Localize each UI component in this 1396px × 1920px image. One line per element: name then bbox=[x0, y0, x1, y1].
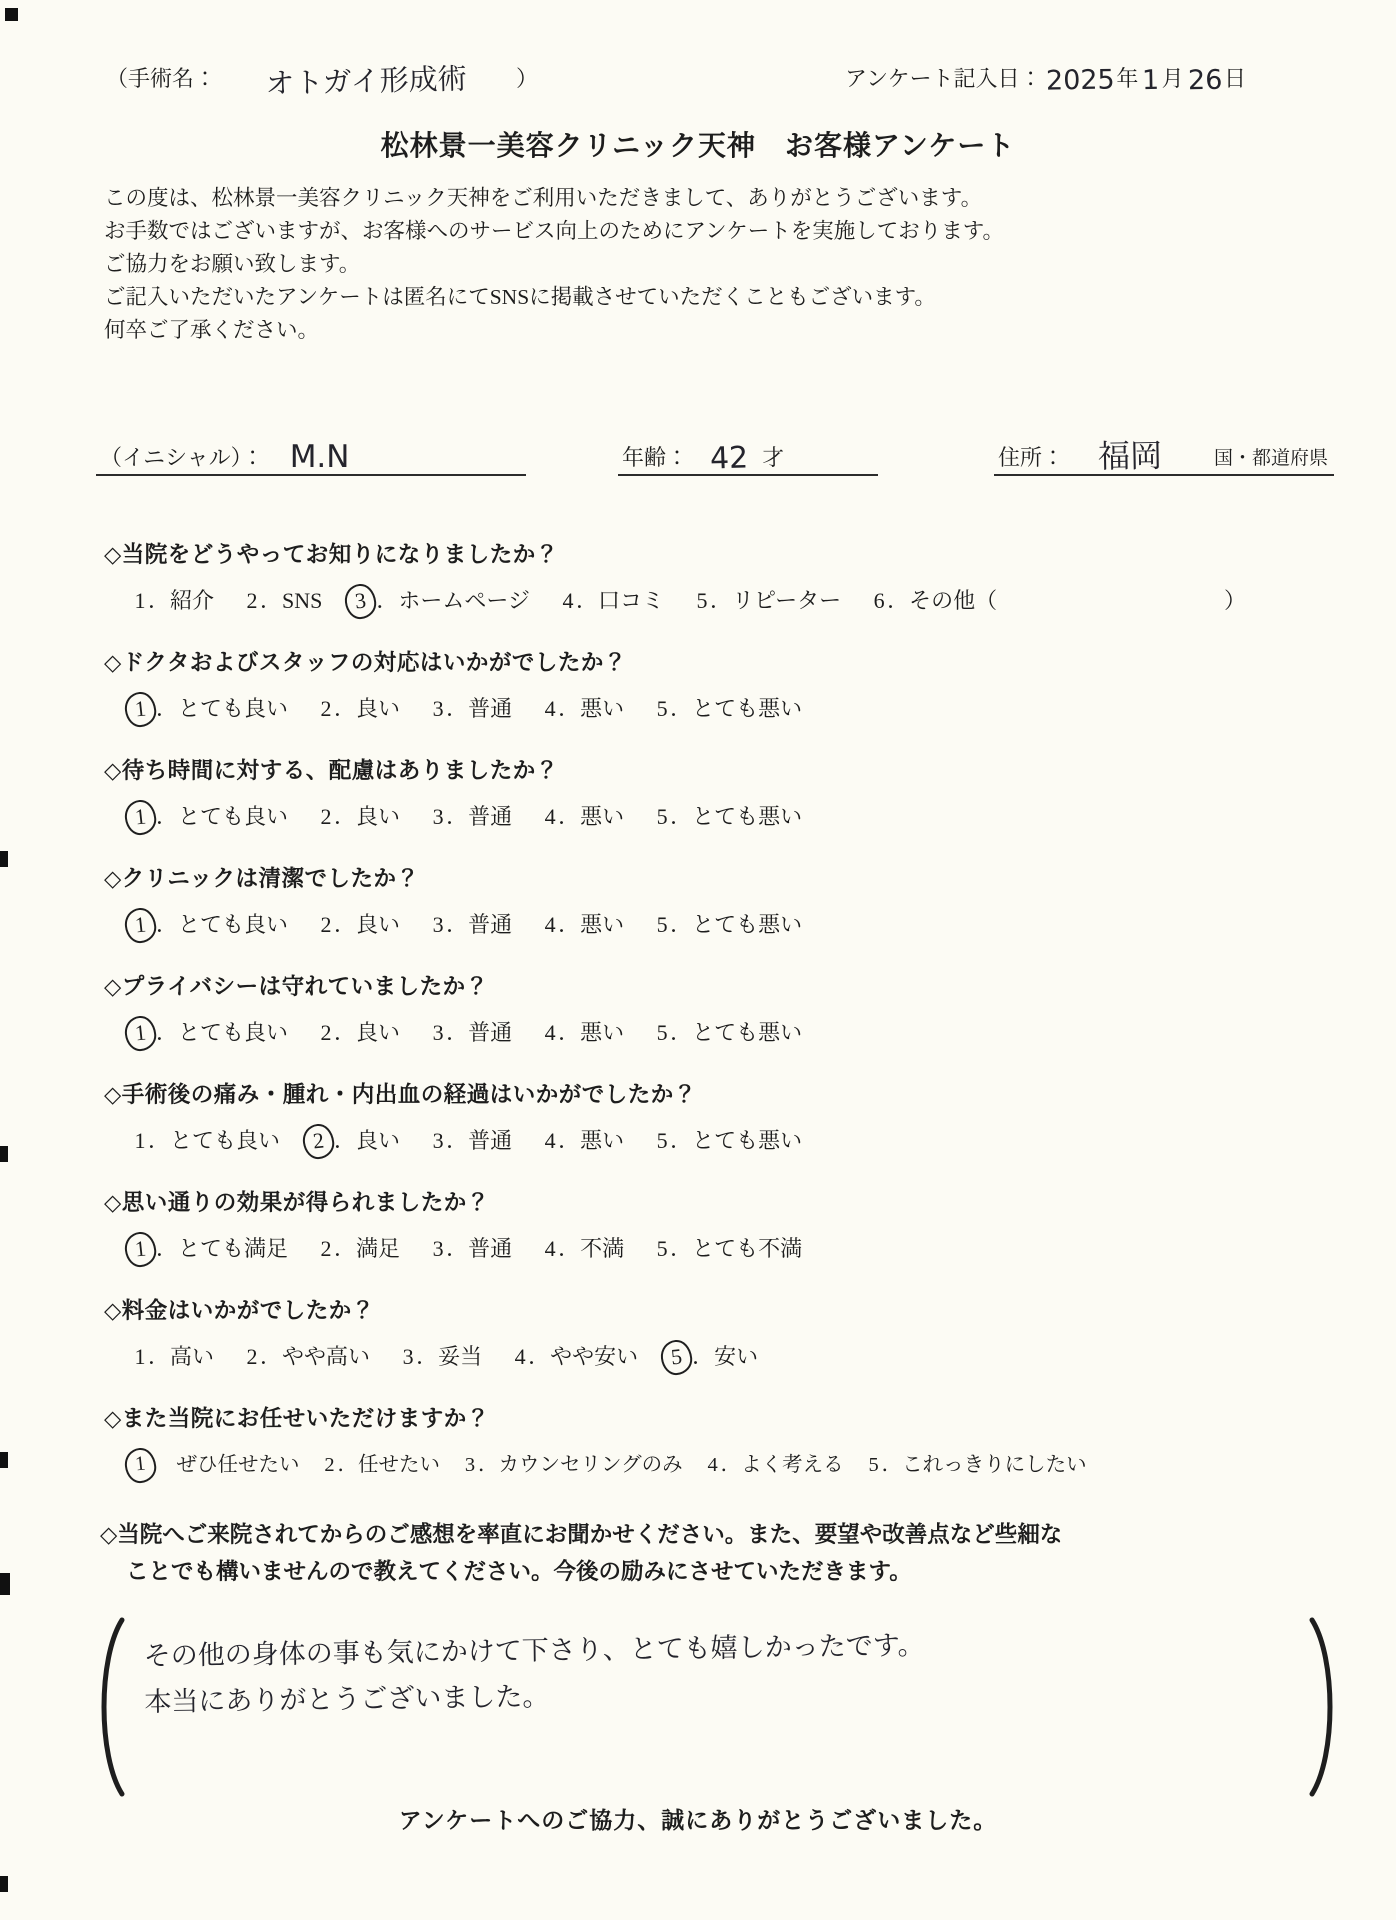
date-month-unit: 月 bbox=[1162, 64, 1184, 94]
option: 3．普通 bbox=[430, 1124, 512, 1158]
option-separator: ． bbox=[528, 1340, 550, 1374]
question-7: ◇思い通りの効果が得られましたか？ 1．とても満足 2．満足 3．普通 4．不満… bbox=[104, 1188, 1396, 1266]
option-label: 普通 bbox=[468, 908, 512, 942]
option-separator: ． bbox=[156, 908, 178, 942]
option: 1．高い bbox=[132, 1340, 214, 1374]
option: 2．やや高い bbox=[244, 1340, 370, 1374]
option: 3．ホームページ bbox=[352, 584, 530, 618]
option-number: 1 bbox=[123, 1014, 157, 1052]
option-label: 口コミ bbox=[598, 584, 664, 618]
intro-line: この度は、松林景一美容クリニック天神をご利用いただきまして、ありがとうございます… bbox=[104, 182, 1336, 215]
option: 1 ぜひ任せたい bbox=[132, 1448, 300, 1482]
option-number: 3 bbox=[430, 1232, 446, 1266]
option: 5．とても悪い bbox=[654, 908, 802, 942]
option-separator: ． bbox=[334, 1016, 356, 1050]
question-8: ◇料金はいかがでしたか？ 1．高い 2．やや高い 3．妥当 4．やや安い 5．安… bbox=[104, 1296, 1396, 1374]
option-separator: ． bbox=[446, 1016, 468, 1050]
option-label: 良い bbox=[356, 908, 400, 942]
option-separator: ． bbox=[670, 1232, 692, 1266]
option-label: 良い bbox=[356, 1016, 400, 1050]
option-number: 3 bbox=[462, 1448, 478, 1482]
option-separator: ． bbox=[334, 800, 356, 834]
questions: ◇当院をどうやってお知りになりましたか？ 1．紹介 2．SNS 3．ホームページ… bbox=[104, 540, 1396, 1482]
option-number: 4 bbox=[542, 692, 558, 726]
date-year-unit: 年 bbox=[1116, 64, 1138, 94]
option-label: 良い bbox=[356, 800, 400, 834]
option-separator: ． bbox=[156, 800, 178, 834]
option-separator: ． bbox=[670, 1124, 692, 1158]
question-4: ◇クリニックは清潔でしたか？ 1．とても良い 2．良い 3．普通 4．悪い 5．… bbox=[104, 864, 1396, 942]
option-label: その他（ bbox=[909, 584, 997, 618]
option-number: 3 bbox=[430, 908, 446, 942]
option-separator: ． bbox=[721, 1448, 742, 1482]
option-label: 普通 bbox=[468, 1124, 512, 1158]
question-options: 1．とても良い 2．良い 3．普通 4．悪い 5．とても悪い bbox=[104, 800, 1396, 834]
option-label: 安い bbox=[714, 1340, 758, 1374]
question-9: ◇また当院にお任せいただけますか？ 1 ぜひ任せたい 2．任せたい 3．カウンセ… bbox=[104, 1404, 1396, 1482]
option-number: 1 bbox=[123, 906, 157, 944]
intro-paragraph: この度は、松林景一美容クリニック天神をご利用いただきまして、ありがとうございます… bbox=[104, 182, 1336, 347]
option-label: 悪い bbox=[580, 1124, 624, 1158]
option-label: とても悪い bbox=[692, 800, 802, 834]
option-label: カウンセリングのみ bbox=[499, 1448, 683, 1482]
scan-artifact bbox=[0, 1573, 10, 1595]
initial-label: （イニシャル）： bbox=[100, 441, 264, 472]
question-title: ◇クリニックは清潔でしたか？ bbox=[104, 864, 1396, 894]
option: 4．口コミ bbox=[560, 584, 664, 618]
option: 4．悪い bbox=[542, 908, 624, 942]
option: 5．とても悪い bbox=[654, 692, 802, 726]
option-tail: ） bbox=[1224, 584, 1246, 618]
question-title: ◇料金はいかがでしたか？ bbox=[104, 1296, 1396, 1326]
question-options: 1．とても満足 2．満足 3．普通 4．不満 5．とても不満 bbox=[104, 1232, 1396, 1266]
option-label: やや高い bbox=[282, 1340, 370, 1374]
option: 2．良い bbox=[310, 1124, 400, 1158]
option: 1．とても良い bbox=[132, 1016, 288, 1050]
initial-field: （イニシャル）： M.N bbox=[96, 439, 526, 476]
date-month-handwritten: 1 bbox=[1142, 66, 1160, 96]
scan-artifact bbox=[0, 1146, 8, 1162]
option-separator: ． bbox=[670, 908, 692, 942]
option-separator: ． bbox=[338, 1448, 359, 1482]
option-number: 1 bbox=[132, 1124, 148, 1158]
option-label: 任せたい bbox=[358, 1448, 440, 1482]
scan-artifact bbox=[5, 8, 18, 21]
option: 5．とても悪い bbox=[654, 1016, 802, 1050]
option-separator: ． bbox=[576, 584, 598, 618]
option-separator: ． bbox=[558, 908, 580, 942]
question-5: ◇プライバシーは守れていましたか？ 1．とても良い 2．良い 3．普通 4．悪い… bbox=[104, 972, 1396, 1050]
date-label: アンケート記入日： bbox=[845, 64, 1042, 94]
option-separator: ． bbox=[670, 800, 692, 834]
address-value-handwritten: 福岡 bbox=[1098, 430, 1163, 477]
option: 4．やや安い bbox=[512, 1340, 638, 1374]
left-parenthesis bbox=[88, 1616, 130, 1798]
option-label: 悪い bbox=[580, 1016, 624, 1050]
option-label: とても良い bbox=[178, 800, 288, 834]
option: 3．普通 bbox=[430, 1232, 512, 1266]
age-unit: 才 bbox=[762, 441, 784, 472]
question-options: 1．とても良い 2．良い 3．普通 4．悪い 5．とても悪い bbox=[104, 1016, 1396, 1050]
option-number: 5 bbox=[654, 1124, 670, 1158]
intro-line: ご協力をお願い致します。 bbox=[104, 248, 1336, 281]
option: 2．任せたい bbox=[322, 1448, 441, 1482]
option-separator: ． bbox=[334, 1124, 356, 1158]
scan-artifact bbox=[0, 1876, 8, 1892]
option: 5．とても悪い bbox=[654, 800, 802, 834]
option-separator: ． bbox=[478, 1448, 499, 1482]
option-separator: ． bbox=[446, 692, 468, 726]
scan-artifact bbox=[0, 851, 8, 867]
option-number: 1 bbox=[123, 1446, 157, 1484]
option-label: 普通 bbox=[468, 1016, 512, 1050]
option: 6．その他（ bbox=[871, 584, 997, 618]
option-label: とても良い bbox=[178, 692, 288, 726]
comment-area: その他の身体の事も気にかけて下さり、とても嬉しかったです。 本当にありがとうござ… bbox=[88, 1616, 1346, 1798]
option: 2．良い bbox=[318, 1016, 400, 1050]
option-number: 3 bbox=[400, 1340, 416, 1374]
option-separator: ． bbox=[156, 1232, 178, 1266]
option-number: 1 bbox=[132, 1340, 148, 1374]
surgery-name-handwritten: オトガイ形成術 bbox=[216, 62, 517, 100]
option-number: 5 bbox=[654, 692, 670, 726]
option: 1．紹介 bbox=[132, 584, 214, 618]
question-options: 1．とても良い 2．良い 3．普通 4．悪い 5．とても悪い bbox=[104, 1124, 1396, 1158]
option-separator: ． bbox=[670, 1016, 692, 1050]
option-separator: ． bbox=[558, 692, 580, 726]
document-title: 松林景一美容クリニック天神 お客様アンケート bbox=[0, 124, 1396, 164]
option: 4．悪い bbox=[542, 800, 624, 834]
option-label: 紹介 bbox=[170, 584, 214, 618]
option: 1．とても良い bbox=[132, 800, 288, 834]
question-2: ◇ドクタおよびスタッフの対応はいかがでしたか？ 1．とても良い 2．良い 3．普… bbox=[104, 648, 1396, 726]
option-label: ぜひ任せたい bbox=[177, 1448, 300, 1482]
option-separator: ． bbox=[148, 1340, 170, 1374]
option-label: 悪い bbox=[580, 692, 624, 726]
option: 3．普通 bbox=[430, 800, 512, 834]
option: 5．リピーター bbox=[694, 584, 841, 618]
option-number: 4 bbox=[560, 584, 576, 618]
question-options: 1．高い 2．やや高い 3．妥当 4．やや安い 5．安い bbox=[104, 1340, 1396, 1374]
option: 3．妥当 bbox=[400, 1340, 482, 1374]
option-number: 1 bbox=[132, 584, 148, 618]
option-number: 4 bbox=[542, 1232, 558, 1266]
option: 2．良い bbox=[318, 692, 400, 726]
question-title: ◇プライバシーは守れていましたか？ bbox=[104, 972, 1396, 1002]
question-title: ◇当院をどうやってお知りになりましたか？ bbox=[104, 540, 1396, 570]
option-label: ホームページ bbox=[398, 584, 530, 618]
option-number: 4 bbox=[542, 908, 558, 942]
surgery-name-field: （手術名： オトガイ形成術 ） bbox=[106, 64, 538, 94]
option: 1．とても良い bbox=[132, 1124, 280, 1158]
option-separator: ． bbox=[148, 1124, 170, 1158]
option-number: 2 bbox=[322, 1448, 338, 1482]
option: 1．とても良い bbox=[132, 908, 288, 942]
scan-artifact bbox=[0, 1452, 8, 1468]
survey-date-field: アンケート記入日： 2025 年 1 月 26 日 bbox=[845, 64, 1246, 94]
form-header: （手術名： オトガイ形成術 ） アンケート記入日： 2025 年 1 月 26 … bbox=[0, 64, 1396, 94]
option-separator: ． bbox=[334, 692, 356, 726]
free-answer-prompt-line: ことでも構いませんので教えてください。今後の励みにさせていただきます。 bbox=[100, 1553, 1336, 1590]
option-separator: ． bbox=[260, 584, 282, 618]
question-title: ◇思い通りの効果が得られましたか？ bbox=[104, 1188, 1396, 1218]
option: 4．不満 bbox=[542, 1232, 624, 1266]
option-separator: ． bbox=[692, 1340, 714, 1374]
option-label: やや安い bbox=[550, 1340, 638, 1374]
option-separator: ． bbox=[446, 800, 468, 834]
free-answer-prompt: ◇当院へご来院されてからのご感想を率直にお聞かせください。また、要望や改善点など… bbox=[100, 1516, 1336, 1590]
option-label: とても良い bbox=[178, 908, 288, 942]
question-options: 1 ぜひ任せたい 2．任せたい 3．カウンセリングのみ 4．よく考える 5．これ… bbox=[104, 1448, 1396, 1482]
age-label: 年齢： bbox=[622, 441, 688, 472]
date-year-handwritten: 2025 bbox=[1045, 65, 1114, 96]
option-number: 5 bbox=[654, 908, 670, 942]
option-number: 4 bbox=[512, 1340, 528, 1374]
surgery-label: （手術名： bbox=[106, 64, 216, 94]
option: 4．よく考える bbox=[705, 1448, 844, 1482]
footer-thanks: アンケートへのご協力、誠にありがとうございました。 bbox=[0, 1802, 1396, 1835]
option-separator: ． bbox=[887, 584, 909, 618]
option-number: 1 bbox=[123, 1230, 157, 1268]
option-number: 2 bbox=[244, 584, 260, 618]
option-number: 2 bbox=[318, 692, 334, 726]
option-number: 5 bbox=[659, 1338, 693, 1376]
question-options: 1．とても良い 2．良い 3．普通 4．悪い 5．とても悪い bbox=[104, 692, 1396, 726]
option-separator: ． bbox=[558, 800, 580, 834]
intro-line: 何卒ご了承ください。 bbox=[104, 314, 1336, 347]
option: 5．安い bbox=[668, 1340, 758, 1374]
option-separator: ． bbox=[710, 584, 732, 618]
option-label: 普通 bbox=[468, 800, 512, 834]
option-number: 4 bbox=[542, 1124, 558, 1158]
option-label: 満足 bbox=[356, 1232, 400, 1266]
option: 5．とても悪い bbox=[654, 1124, 802, 1158]
question-1: ◇当院をどうやってお知りになりましたか？ 1．紹介 2．SNS 3．ホームページ… bbox=[104, 540, 1396, 618]
option-number: 2 bbox=[318, 800, 334, 834]
option-number: 5 bbox=[866, 1448, 882, 1482]
option: 1．とても良い bbox=[132, 692, 288, 726]
option-number: 4 bbox=[542, 1016, 558, 1050]
option-number: 2 bbox=[318, 1232, 334, 1266]
option: 1．とても満足 bbox=[132, 1232, 288, 1266]
option: 5．とても不満 bbox=[654, 1232, 802, 1266]
comment-handwritten: その他の身体の事も気にかけて下さり、とても嬉しかったです。 本当にありがとうござ… bbox=[129, 1608, 1304, 1726]
option-number: 2 bbox=[318, 1016, 334, 1050]
option: 4．悪い bbox=[542, 692, 624, 726]
option: 5．これっきりにしたい bbox=[866, 1448, 1087, 1482]
option-separator: ． bbox=[156, 692, 178, 726]
option-label: とても良い bbox=[170, 1124, 280, 1158]
date-day-handwritten: 26 bbox=[1187, 66, 1222, 97]
question-title: ◇待ち時間に対する、配慮はありましたか？ bbox=[104, 756, 1396, 786]
surgery-label-close: ） bbox=[516, 64, 538, 94]
option-separator: ． bbox=[558, 1232, 580, 1266]
option: 4．悪い bbox=[542, 1016, 624, 1050]
option-label: 普通 bbox=[468, 692, 512, 726]
intro-line: ご記入いただいたアンケートは匿名にてSNSに掲載させていただくこともございます。 bbox=[104, 281, 1336, 314]
option: 4．悪い bbox=[542, 1124, 624, 1158]
option-separator: ． bbox=[148, 584, 170, 618]
option-number: 4 bbox=[542, 800, 558, 834]
option-separator: ． bbox=[260, 1340, 282, 1374]
age-value-handwritten: 42 bbox=[709, 440, 748, 476]
option-label: 悪い bbox=[580, 800, 624, 834]
question-title: ◇ドクタおよびスタッフの対応はいかがでしたか？ bbox=[104, 648, 1396, 678]
option: 3．普通 bbox=[430, 1016, 512, 1050]
option-label: 良い bbox=[356, 1124, 400, 1158]
option-separator: ． bbox=[882, 1448, 903, 1482]
option-label: とても良い bbox=[178, 1016, 288, 1050]
address-field: 住所： 福岡 国・都道府県 bbox=[994, 431, 1334, 476]
intro-line: お手数ではございますが、お客様へのサービス向上のためにアンケートを実施しておりま… bbox=[104, 215, 1336, 248]
option: 2．SNS bbox=[244, 584, 322, 618]
option-label: とても悪い bbox=[692, 908, 802, 942]
initial-value-handwritten: M.N bbox=[290, 439, 350, 475]
option: 3．普通 bbox=[430, 692, 512, 726]
survey-document: （手術名： オトガイ形成術 ） アンケート記入日： 2025 年 1 月 26 … bbox=[0, 0, 1396, 1920]
option-number: 2 bbox=[318, 908, 334, 942]
question-title: ◇また当院にお任せいただけますか？ bbox=[104, 1404, 1396, 1434]
option-label: 悪い bbox=[580, 908, 624, 942]
option: 2．良い bbox=[318, 908, 400, 942]
option-label: リピーター bbox=[732, 584, 841, 618]
option-label: 妥当 bbox=[438, 1340, 482, 1374]
option-label: これっきりにしたい bbox=[902, 1448, 1087, 1482]
option-separator: ． bbox=[558, 1016, 580, 1050]
address-label: 住所： bbox=[998, 441, 1064, 472]
option-number: 3 bbox=[430, 1124, 446, 1158]
option: 3．普通 bbox=[430, 908, 512, 942]
option-number: 3 bbox=[430, 692, 446, 726]
option-number: 5 bbox=[694, 584, 710, 618]
option-separator: ． bbox=[558, 1124, 580, 1158]
option-number: 5 bbox=[654, 1016, 670, 1050]
option-label: SNS bbox=[282, 584, 322, 618]
question-options: 1．とても良い 2．良い 3．普通 4．悪い 5．とても悪い bbox=[104, 908, 1396, 942]
option-number: 2 bbox=[301, 1122, 335, 1160]
question-options: 1．紹介 2．SNS 3．ホームページ 4．口コミ 5．リピーター 6．その他（… bbox=[104, 584, 1396, 618]
option-separator: ． bbox=[334, 908, 356, 942]
option-separator: ． bbox=[446, 1124, 468, 1158]
option-label: とても悪い bbox=[692, 692, 802, 726]
option-separator: ． bbox=[376, 584, 398, 618]
option-number: 3 bbox=[430, 800, 446, 834]
right-parenthesis bbox=[1304, 1616, 1346, 1798]
option-number: 5 bbox=[654, 800, 670, 834]
free-answer-prompt-line: ◇当院へご来院されてからのご感想を率直にお聞かせください。また、要望や改善点など… bbox=[100, 1516, 1336, 1553]
respondent-info: （イニシャル）： M.N 年齢： 42 才 住所： 福岡 国・都道府県 bbox=[96, 431, 1396, 476]
option-number: 1 bbox=[123, 798, 157, 836]
option-separator: ． bbox=[670, 692, 692, 726]
option-separator: ． bbox=[446, 1232, 468, 1266]
option-separator: ． bbox=[334, 1232, 356, 1266]
option-number: 3 bbox=[344, 582, 378, 620]
option-separator bbox=[156, 1448, 177, 1482]
age-field: 年齢： 42 才 bbox=[618, 441, 878, 476]
option-label: よく考える bbox=[741, 1448, 844, 1482]
option-label: 高い bbox=[170, 1340, 214, 1374]
option-number: 6 bbox=[871, 584, 887, 618]
option-number: 3 bbox=[430, 1016, 446, 1050]
option: 2．良い bbox=[318, 800, 400, 834]
date-day-unit: 日 bbox=[1224, 64, 1246, 94]
option: 2．満足 bbox=[318, 1232, 400, 1266]
question-6: ◇手術後の痛み・腫れ・内出血の経過はいかがでしたか？ 1．とても良い 2．良い … bbox=[104, 1080, 1396, 1158]
question-3: ◇待ち時間に対する、配慮はありましたか？ 1．とても良い 2．良い 3．普通 4… bbox=[104, 756, 1396, 834]
option-number: 2 bbox=[244, 1340, 260, 1374]
option: 3．カウンセリングのみ bbox=[462, 1448, 683, 1482]
option-number: 5 bbox=[654, 1232, 670, 1266]
question-title: ◇手術後の痛み・腫れ・内出血の経過はいかがでしたか？ bbox=[104, 1080, 1396, 1110]
option-label: とても満足 bbox=[178, 1232, 288, 1266]
option-label: とても悪い bbox=[692, 1016, 802, 1050]
option-separator: ． bbox=[446, 908, 468, 942]
option-label: とても不満 bbox=[692, 1232, 802, 1266]
option-label: 普通 bbox=[468, 1232, 512, 1266]
option-number: 1 bbox=[123, 690, 157, 728]
option-number: 4 bbox=[705, 1448, 721, 1482]
address-suffix: 国・都道府県 bbox=[1214, 443, 1328, 472]
option-label: 良い bbox=[356, 692, 400, 726]
option-separator: ． bbox=[416, 1340, 438, 1374]
option-separator: ． bbox=[156, 1016, 178, 1050]
option-label: 不満 bbox=[580, 1232, 624, 1266]
option-label: とても悪い bbox=[692, 1124, 802, 1158]
